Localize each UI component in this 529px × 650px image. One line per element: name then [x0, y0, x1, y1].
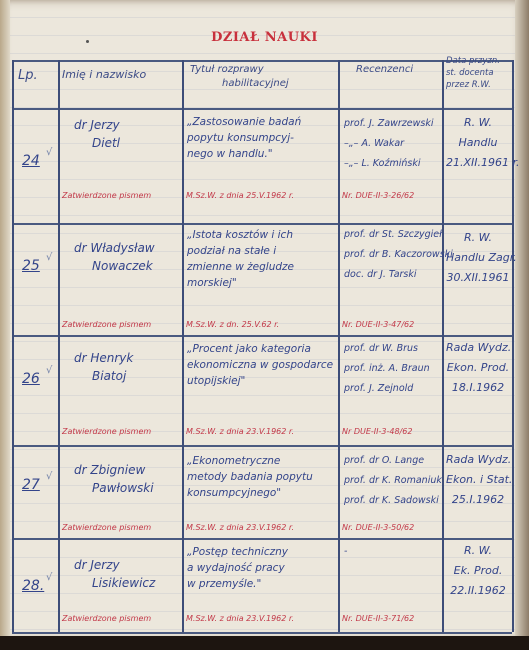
reviewer: prof. dr St. Szczygieł [344, 229, 442, 241]
letter-reference-number: Nr DUE-II-3-48/62 [342, 427, 412, 437]
conferral-date-line: Handlu [446, 136, 510, 150]
conferral-date-line: 18.I.1962 [446, 381, 510, 395]
column-rule [12, 60, 14, 632]
thesis-title-line: a wydajność pracy [187, 562, 285, 575]
approval-note: Zatwierdzone pismem [62, 427, 151, 437]
person-name-line-2: Dietl [92, 136, 120, 151]
checkmark-icon: √ [46, 252, 52, 265]
entry-number: 27 [22, 477, 40, 495]
reviewer: prof. dr K. Romaniuk [344, 475, 442, 487]
header-date-1: Data przyzn. [446, 56, 500, 67]
row-rule [12, 223, 512, 225]
thesis-title-line: nego w handlu." [187, 148, 273, 161]
conferral-date-line: Handlu Zagr. [446, 251, 510, 265]
reviewer: prof. dr O. Lange [344, 455, 424, 467]
header-reviewers: Recenzenci [356, 64, 413, 77]
ministry-letter-date: M.Sz.W. z dnia 25.V.1962 r. [186, 191, 294, 201]
letter-reference-number: Nr. DUE-II-3-71/62 [342, 614, 414, 624]
ministry-letter-date: M.Sz.W. z dnia 23.V.1962 r. [186, 614, 294, 624]
conferral-date-line: R. W. [446, 544, 510, 558]
reviewer: prof. J. Zawrzewski [344, 118, 434, 130]
conferral-date-line: R. W. [446, 231, 510, 245]
approval-note: Zatwierdzone pismem [62, 523, 151, 533]
person-name-line-2: Biatoj [92, 369, 126, 384]
thesis-title-line: „Istota kosztów i ich [187, 229, 293, 242]
row-rule [12, 538, 512, 540]
person-name-line-1: dr Władysław [74, 241, 155, 256]
letter-reference-number: Nr. DUE-II-3-47/62 [342, 320, 414, 330]
row-rule [12, 60, 512, 62]
approval-note: Zatwierdzone pismem [62, 614, 151, 624]
header-name: Imię i nazwisko [62, 68, 146, 82]
entry-number: 24 [22, 153, 40, 171]
conferral-date-line: Rada Wydz. [446, 341, 510, 355]
thesis-title-line: „Postęp techniczny [187, 546, 288, 559]
reviewer: prof. J. Zejnold [344, 383, 413, 395]
header-title-1: Tytuł rozprawy [190, 64, 264, 77]
entry-number: 25 [22, 258, 40, 276]
checkmark-icon: √ [46, 572, 52, 585]
person-name-line-1: dr Zbigniew [74, 463, 145, 478]
row-rule [12, 445, 512, 447]
reviewer: - [344, 546, 347, 558]
entry-number: 26 [22, 371, 40, 389]
conferral-date-line: 25.I.1962 [446, 493, 510, 507]
person-name-line-1: dr Jerzy [74, 558, 120, 573]
thesis-title-line: w przemyśle." [187, 578, 261, 591]
column-rule [182, 60, 184, 632]
thesis-title-line: utopijskiej" [187, 375, 245, 388]
reviewer: doc. dr J. Tarski [344, 269, 417, 281]
conferral-date-line: R. W. [446, 116, 510, 130]
header-lp: Lp. [18, 68, 38, 84]
conferral-date-line: Ek. Prod. [446, 564, 510, 578]
checkmark-icon: √ [46, 365, 52, 378]
reviewer: prof. inż. A. Braun [344, 363, 430, 375]
thesis-title-line: ekonomiczna w gospodarce [187, 359, 333, 372]
thesis-title-line: zmienne w żegludze [187, 261, 294, 274]
reviewer: prof. dr W. Brus [344, 343, 418, 355]
conferral-date-line: Ekon. i Stat. [446, 473, 510, 487]
reviewer: prof. dr K. Sadowski [344, 495, 439, 507]
page-edge [515, 0, 529, 640]
row-rule [12, 632, 512, 634]
ledger-page: DZIAŁ NAUKI Lp. Imię i nazwisko Tytuł ro… [0, 0, 529, 640]
ministry-letter-date: M.Sz.W. z dnia 23.V.1962 r. [186, 427, 294, 437]
person-name-line-2: Nowaczek [92, 259, 153, 274]
conferral-date-line: Rada Wydz. [446, 453, 510, 467]
thesis-title-line: „Zastosowanie badań [187, 116, 301, 129]
column-rule [338, 60, 340, 632]
letter-reference-number: Nr. DUE-II-3-26/62 [342, 191, 414, 201]
approval-note: Zatwierdzone pismem [62, 191, 151, 201]
conferral-date-line: 22.II.1962 [446, 584, 510, 598]
page-title: DZIAŁ NAUKI [0, 30, 529, 45]
letter-reference-number: Nr. DUE-II-3-50/62 [342, 523, 414, 533]
person-name-line-2: Lisikiewicz [92, 576, 155, 591]
ministry-letter-date: M.Sz.W. z dn. 25.V.62 r. [186, 320, 279, 330]
thesis-title-line: „Procent jako kategoria [187, 343, 311, 356]
page-bottom-shadow [0, 636, 529, 650]
header-title-2: habilitacyjnej [222, 78, 289, 91]
person-name-line-1: dr Henryk [74, 351, 133, 366]
book-spine [0, 0, 10, 640]
row-rule [12, 335, 512, 337]
thesis-title-line: konsumpcyjnego" [187, 487, 281, 500]
ministry-letter-date: M.Sz.W. z dnia 23.V.1962 r. [186, 523, 294, 533]
ink-dot [86, 40, 89, 43]
header-date-3: przez R.W. [446, 80, 491, 91]
column-rule [442, 60, 444, 632]
conferral-date-line: Ekon. Prod. [446, 361, 510, 375]
thesis-title-line: podział na stałe i [187, 245, 276, 258]
reviewer: –„– A. Wakar [344, 138, 404, 150]
header-date-2: st. docenta [446, 68, 494, 79]
conferral-date-line: 30.XII.1961 [446, 271, 510, 285]
thesis-title-line: metody badania popytu [187, 471, 313, 484]
person-name-line-1: dr Jerzy [74, 118, 120, 133]
reviewer: prof. dr B. Kaczorowski [344, 249, 453, 261]
thesis-title-line: morskiej" [187, 277, 237, 290]
thesis-title-line: „Ekonometryczne [187, 455, 280, 468]
column-rule [58, 60, 60, 632]
approval-note: Zatwierdzone pismem [62, 320, 151, 330]
checkmark-icon: √ [46, 471, 52, 484]
reviewer: –„– L. Koźmiński [344, 158, 420, 170]
person-name-line-2: Pawłowski [92, 481, 154, 496]
thesis-title-line: popytu konsumpcyj- [187, 132, 294, 145]
entry-number: 28. [22, 578, 44, 596]
checkmark-icon: √ [46, 147, 52, 160]
column-rule [512, 60, 514, 632]
conferral-date-line: 21.XII.1961 r. [446, 156, 510, 170]
row-rule [12, 108, 512, 110]
